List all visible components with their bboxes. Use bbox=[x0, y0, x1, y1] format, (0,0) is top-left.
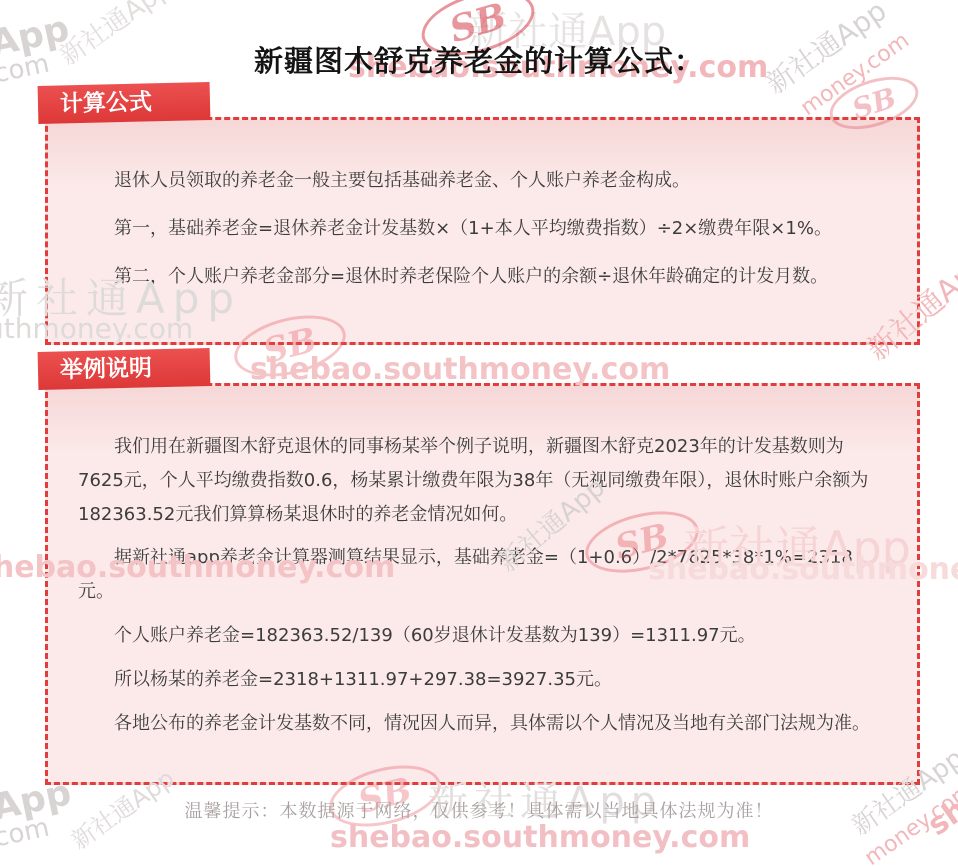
footer-disclaimer: 温馨提示：本数据源于网络，仅供参考！具体需以当地具体法规为准！ bbox=[0, 797, 958, 823]
article-page: App com 新社通App 新社通App SB shebao.southmon… bbox=[0, 0, 958, 866]
page-title: 新疆图木舒克养老金的计算公式： bbox=[0, 39, 958, 80]
example-paragraph: 所以杨某的养老金=2318+1311.97+297.38=3927.35元。 bbox=[78, 663, 887, 697]
section-label-example: 举例说明 bbox=[38, 348, 211, 390]
example-box: 我们用在新疆图木舒克退休的同事杨某举个例子说明，新疆图木舒克2023年的计发基数… bbox=[45, 383, 920, 785]
example-paragraph: 各地公布的养老金计发基数不同，情况因人而异，具体需以个人情况及当地有关部门法规为… bbox=[78, 707, 887, 741]
formula-paragraph: 第一，基础养老金=退休养老金计发基数×（1+本人平均缴费指数）÷2×缴费年限×1… bbox=[78, 212, 887, 246]
example-paragraph: 个人账户养老金=182363.52/139（60岁退休计发基数为139）=131… bbox=[78, 619, 887, 653]
example-paragraph: 据新社通app养老金计算器测算结果显示，基础养老金=（1+0.6）/2*7625… bbox=[78, 541, 887, 609]
watermark-site-url: shebao.southmoney.com bbox=[330, 820, 750, 855]
section-label-formula: 计算公式 bbox=[38, 82, 211, 124]
example-paragraph: 我们用在新疆图木舒克退休的同事杨某举个例子说明，新疆图木舒克2023年的计发基数… bbox=[78, 430, 887, 531]
formula-paragraph: 第二，个人账户养老金部分=退休时养老保险个人账户的余额÷退休年龄确定的计发月数。 bbox=[78, 260, 887, 294]
watermark-site-url: shebao.southmoney.com bbox=[250, 352, 670, 387]
formula-box: 退休人员领取的养老金一般主要包括基础养老金、个人账户养老金构成。 第一，基础养老… bbox=[45, 117, 920, 345]
formula-paragraph: 退休人员领取的养老金一般主要包括基础养老金、个人账户养老金构成。 bbox=[78, 164, 887, 198]
